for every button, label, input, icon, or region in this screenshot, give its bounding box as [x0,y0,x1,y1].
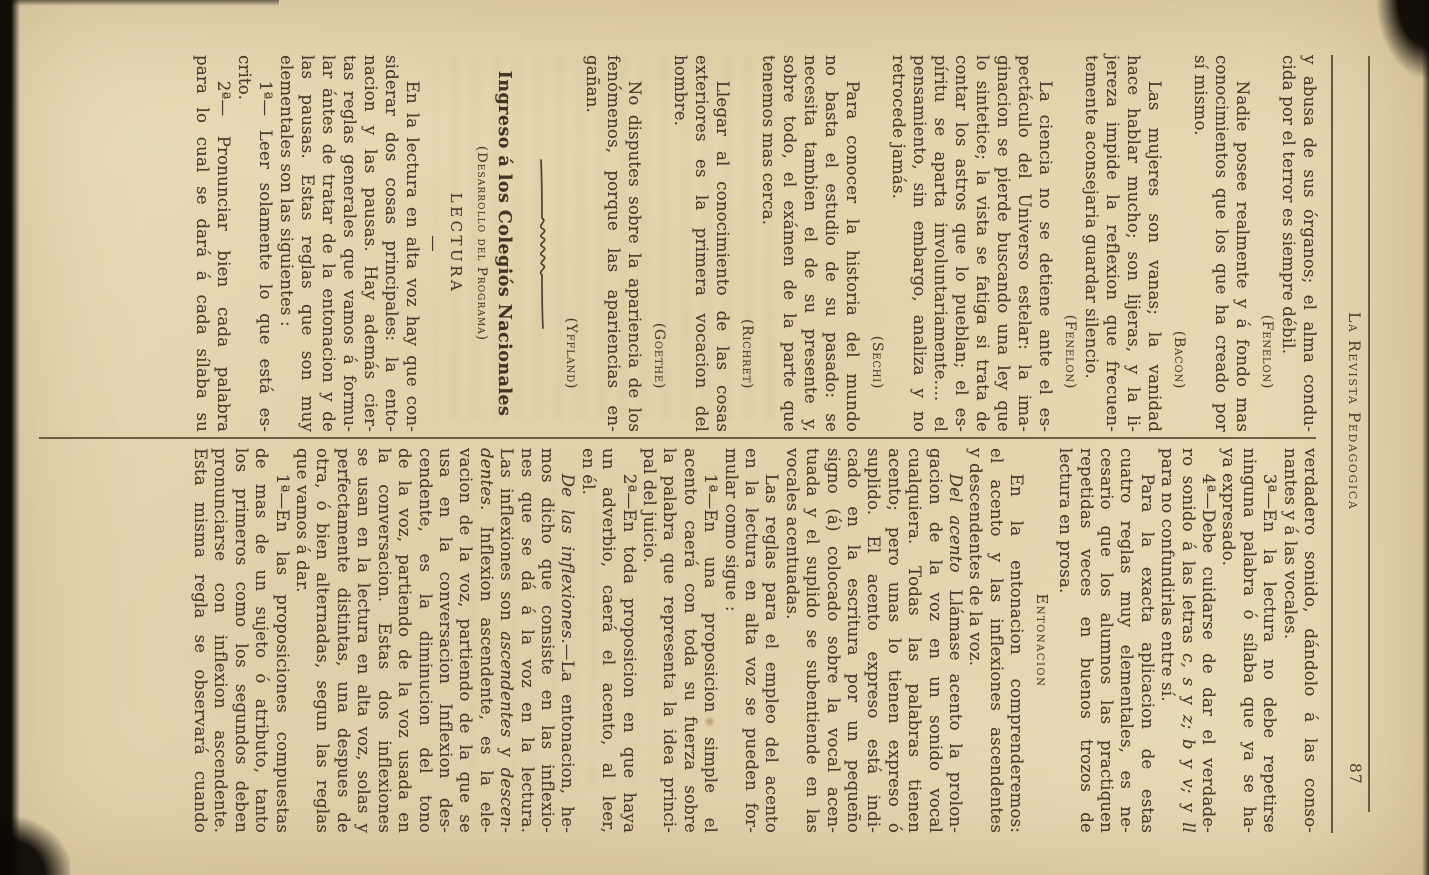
text-line: acento; pero unas lo tienen expreso ó [883,448,903,833]
text-line: lo sintetice; la vista se fatiga si trat… [972,55,993,432]
text-line: pectáculo del Universo estelar: la ima- [1014,55,1035,432]
text-line: ya expresado. [1218,448,1238,833]
left-column: y abusa de sus órganos; el alma condu-ci… [192,55,1320,432]
text-line: sí mismo. [1190,55,1211,432]
text-line: hombre. [670,55,691,432]
text-line: verdadero sonido, dándolo á las conso- [1300,448,1320,833]
text-line: Las reglas para el empleo del acento [761,448,781,833]
text-line: 2ª—En toda proposicion en que haya [618,448,638,833]
text-line: para lo cual se dará á cada sílaba su [192,55,213,432]
text-line: jereza impide la reflexion que frecuen- [1102,55,1123,432]
scan-edge-bottom [0,0,20,875]
text-line: lar ántes de tratar de la entonacion y d… [318,55,339,432]
text-line: Para conocer la historia del mundo [842,55,863,432]
section-title: LECTURA [445,55,466,432]
text-line: la palabra que representa la idea princi… [659,448,679,833]
flourish-divider [524,55,554,432]
text-line: pronunciarse con inflexion ascendente. [210,448,230,833]
section-heading: Entonacion [1030,448,1050,833]
text-line: 1ª— Leer solamente lo que está es- [255,55,276,432]
text-line: ninguna palabra ó sílaba que ya se ha- [1238,448,1258,833]
text-line: tenemos mas cerca. [758,55,779,432]
text-line: cesario que los alumnos las practiquen [1096,448,1116,833]
attribution-line: (Yffland) [560,55,581,432]
text-line: que vamos á dar. [292,448,312,833]
attribution-line: (Fenelon) [1256,55,1277,432]
divider-dash: — [423,55,444,432]
text-line: crito. [234,55,255,432]
text-line: no basta el estudio de su pasado: se [821,55,842,432]
text-line: nacion y las pausas. Hay además cier- [360,55,381,432]
flourish-icon [532,158,554,330]
text-line: signo (á) colocado sobre la vocal acen- [822,448,842,833]
text-line: Del acento Llámase acento la prolon- [945,448,965,833]
text-line: temente aconsejaria guardar silencio. [1081,55,1102,432]
scan-edge-top [1422,0,1429,875]
text-line: 2ª— Pronunciar bien cada palabra [213,55,234,432]
text-line: pal del juicio. [639,448,659,833]
text-line: repetidas veces en buenos trozos de [1075,448,1095,833]
article-subheading: (Desarrollo del Programa) [471,55,492,432]
running-head: La Revista Pedagogica 87 [1336,0,1366,875]
text-line: los primeros como los segundos deben [230,448,250,833]
article-heading: Ingreso á los Colegiós Nacionales [494,55,515,432]
right-column: verdadero sonido, dándolo á las conso-na… [190,448,1320,833]
text-line: ginacion se pierde buscando una ley que [993,55,1014,432]
attribution-line: (Fenelon) [1059,55,1080,432]
text-line: En la lectura en alta voz hay que con- [402,55,423,432]
attribution-line: (Sechi) [866,55,887,432]
text-line: hace hablar mucho; son lijeras, y la li- [1123,55,1144,432]
text-line: un adverbio, caerá el acento, al leer, [598,448,618,833]
text-line: Para la exacta aplicacion de estas [1136,448,1156,833]
text-line: tas reglas generales que vamos á formu- [339,55,360,432]
scan-corner-top-left [1377,0,1429,78]
text-line: exteriores es la primera vocacion del [691,55,712,432]
text-line: 4ª—Debe cuidarse de dar el verdade- [1198,448,1218,833]
text-line: suplido. El acento expreso está indi- [863,448,883,833]
text-line: siderar dos cosas principales: la ento- [381,55,402,432]
header-rule-bottom [1331,55,1333,833]
text-line: de la voz, partiendo de la voz usada en [394,448,414,833]
scan-corner-bottom-right [0,817,70,875]
text-line: dentes. Inflexion ascendente, es la ele- [475,448,495,833]
text-line: acento caerá con toda su fuerza sobre [679,448,699,833]
text-line: de mas de un sujeto ó atributo, tanto [251,448,271,833]
journal-page: La Revista Pedagogica 87 y abusa de sus … [0,0,1429,875]
text-line: vacion de la voz, partiendo de la que se [455,448,475,833]
text-line: y descendentes de la voz. [965,448,985,833]
text-line: Esta misma regla se observará cuando [190,448,210,833]
text-line: nes que se dá á la voz en la lectura. [516,448,536,833]
text-line: la conversacion. Estas dos inflexiones [373,448,393,833]
text-line: ro sonido á las letras c, s y z; b y v; … [1177,448,1197,833]
text-line: nantes y á las vocales. [1279,448,1299,833]
text-line: lectura en prosa. [1055,448,1075,833]
text-line: La ciencia no se detiene ante el es- [1035,55,1056,432]
text-line: 1ª—En una proposicion simple el [700,448,720,833]
text-line: Llegar al conocimiento de las cosas [712,55,733,432]
text-line: 1ª—En las proposiciones compuestas [271,448,291,833]
text-line: cado en la escritura por un pequeño [843,448,863,833]
text-line: en la lectura en alta voz se pueden for- [741,448,761,833]
text-line: gañan. [582,55,603,432]
text-line: sobre todo, el exámen de la parte que [779,55,800,432]
scan-edge-left [0,0,279,6]
text-line: De las inflexiones.—La entonacion, he- [557,448,577,833]
text-line: mular como sigue : [720,448,740,833]
text-line: tuada y el suplido se subentiende en las [802,448,822,833]
text-line: usa en la conversacion Inflexion des- [435,448,455,833]
text-line: cualquiera. Todas las palabras tienen [904,448,924,833]
text-line: píritu se aparta involuntariamente.... e… [930,55,951,432]
text-line: vocales acentuadas. [781,448,801,833]
text-line: En la entonacion comprenderemos: [1006,448,1026,833]
text-line: se usan en la lectura en alta voz, solas… [353,448,373,833]
scanned-page-viewport: La Revista Pedagogica 87 y abusa de sus … [0,0,1429,875]
text-line: conocimientos que los que ha creado por [1211,55,1232,432]
column-divider-rule [39,437,1316,439]
text-line: Las inflexiones son ascendentes y descen… [496,448,516,833]
header-rule-top [1368,56,1370,812]
attribution-line: (Richret) [736,55,757,432]
text-line: contar los astros que lo pueblan; el es- [951,55,972,432]
journal-title: La Revista Pedagogica [1345,312,1363,510]
text-line: otra, ó bien alternadas, segun las regla… [312,448,332,833]
text-line: gacion de la voz en un sonido vocal [924,448,944,833]
page-number: 87 [1346,763,1364,785]
text-line: cuatro reglas muy elementales, es ne- [1116,448,1136,833]
text-line: retrocede jamás. [888,55,909,432]
text-line: Las mujeres son vanas; la vanidad [1144,55,1165,432]
text-line: fenómenos, porque las apariencias en- [603,55,624,432]
text-line: perfectamente distintas, una despues de [333,448,353,833]
text-line: necesita tambien el de su presente y, [800,55,821,432]
text-line: Nadie posee realmente y á fondo mas [1232,55,1253,432]
attribution-line: (Goethe) [648,55,669,432]
text-line: mos dicho que consiste en las inflexio- [537,448,557,833]
text-line: cendente, es la diminucion del tono [414,448,434,833]
text-line: y abusa de sus órganos; el alma condu- [1299,55,1320,432]
text-line: elementales son las siguientes : [276,55,297,432]
text-line: las pausas. Estas reglas que son muy [297,55,318,432]
text-line: cida por el terror es siempre débil. [1278,55,1299,432]
text-line: el acento y las inflexiones ascendentes [986,448,1006,833]
text-line: 3ª—En la lectura no debe repetirse [1259,448,1279,833]
text-line: pensamiento, sin embargo, analiza y no [909,55,930,432]
text-line: No disputes sobre la apariencia de los [624,55,645,432]
text-line: para no confundirlas entre sí. [1157,448,1177,833]
attribution-line: (Bacon) [1168,55,1189,432]
text-line: en él. [577,448,597,833]
